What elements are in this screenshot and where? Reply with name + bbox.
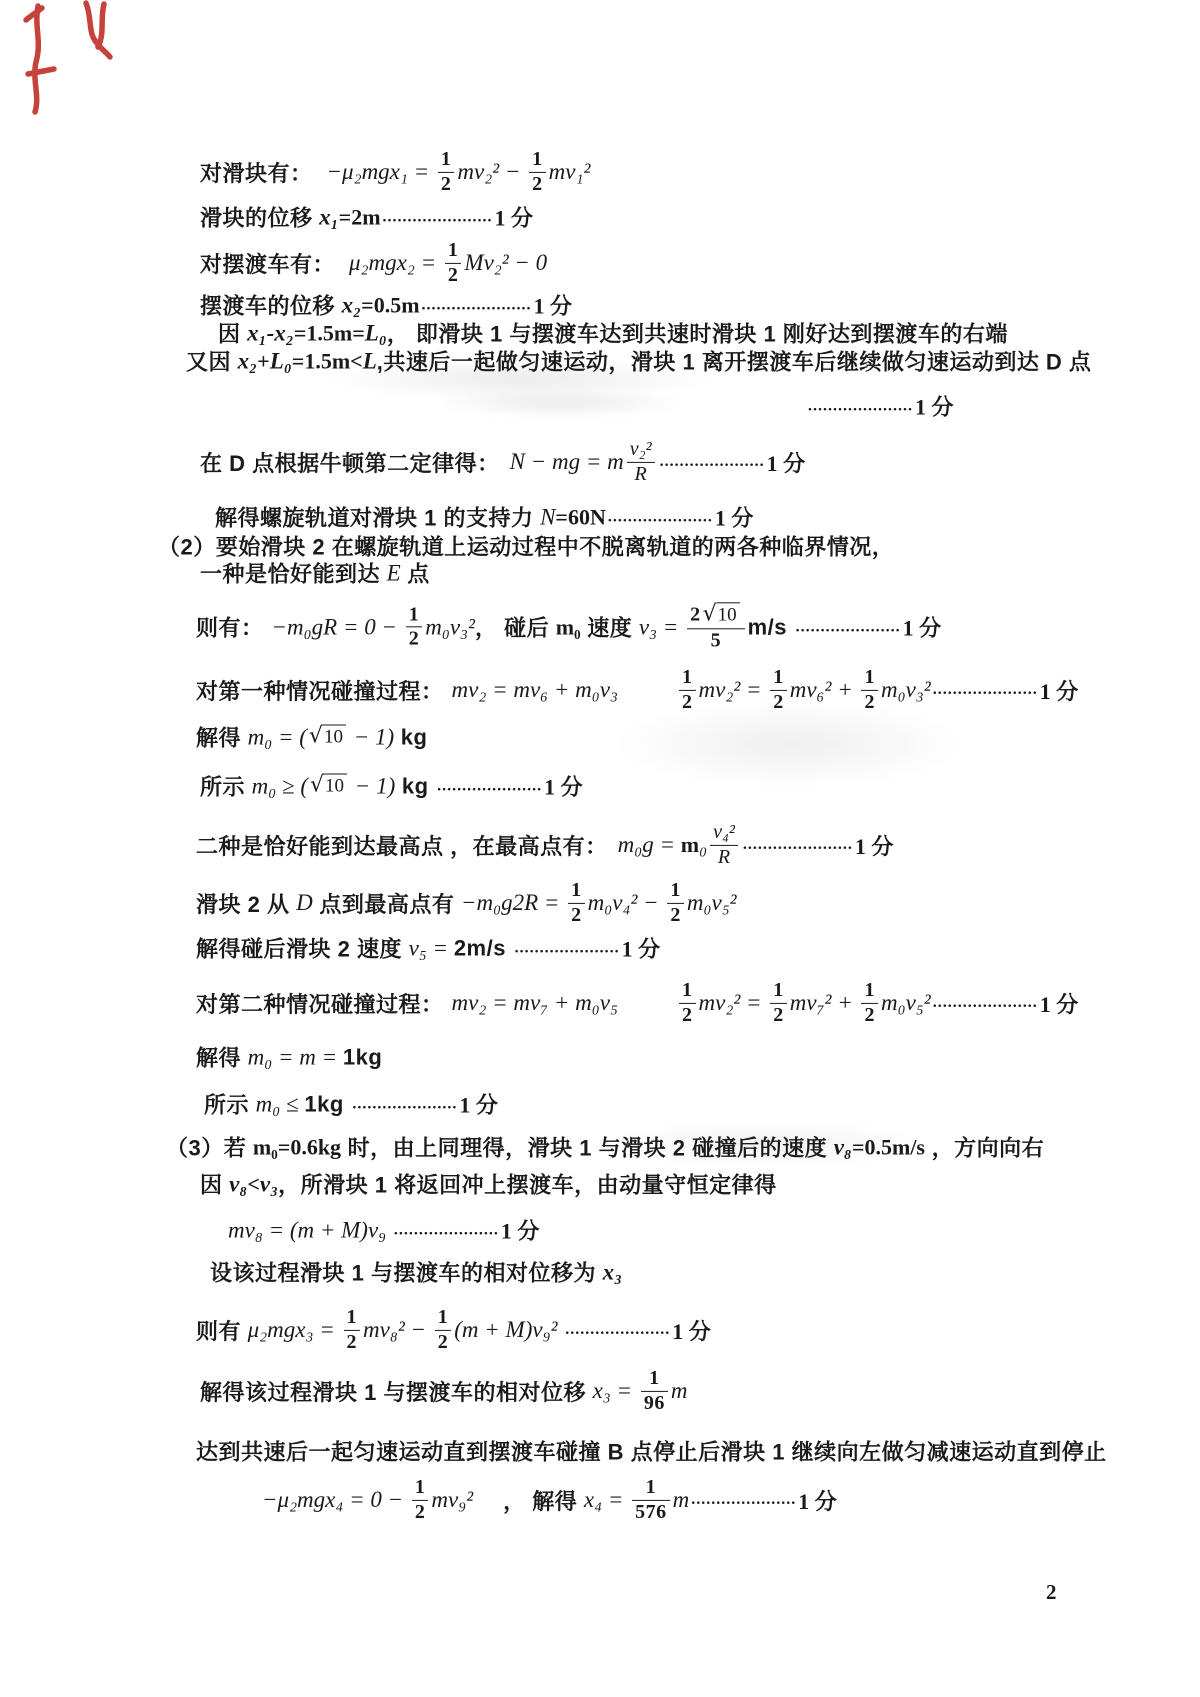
math-text: mv₂ = mv₇ + m₀v₅ (452, 990, 618, 1016)
cjk-text: 所示 (200, 771, 252, 802)
cjk-text: 1 (773, 667, 784, 689)
cjk-text: 1 (438, 1307, 449, 1329)
math-text: E (387, 560, 401, 586)
math-text: μ₂mgx₂ = (349, 250, 442, 276)
bold-italic-text: L (363, 348, 377, 374)
bold-text: 1 分 (715, 502, 754, 533)
bold-text: =0.5m (361, 292, 419, 318)
math-text: N (540, 504, 555, 530)
fraction-numerator: 1 (679, 980, 696, 1002)
cjk-text: 1 (682, 980, 693, 1002)
fraction: 12 (438, 149, 455, 195)
line-ferry-displacement: 摆渡车的位移 x₂=0.5m......................1 分 (200, 290, 572, 321)
cjk-text: （3）若 (166, 1132, 253, 1163)
gap (473, 1500, 503, 1501)
dots-leader: ..................... (437, 777, 542, 795)
bold-text: 1 分 (672, 1315, 711, 1346)
bold-text: 1 分 (501, 1215, 540, 1246)
fraction: 12 (770, 980, 787, 1026)
fraction-denominator: R (715, 847, 733, 869)
radicand: 10 (717, 602, 740, 627)
pen-stroke (28, 69, 54, 74)
bold-italic-text: x₁ (319, 204, 339, 230)
bold-text: 1 分 (767, 447, 806, 478)
cjk-text: 则有 (196, 1315, 248, 1346)
line-x4-result: −μ₂mgx₄ = 0 − 12mv₉²， 解得 x₄ = 1576m.....… (262, 1477, 837, 1523)
bold-text: 1 分 (534, 290, 573, 321)
dots-leader: ..................... (352, 1095, 457, 1113)
math-text: − 1) (348, 724, 394, 750)
fraction-numerator: v₂² (627, 439, 655, 461)
cjk-text: 则有： (196, 611, 264, 642)
fraction-numerator: 1 (445, 240, 462, 262)
math-text: v₃ = (639, 614, 684, 640)
cjk-text: 又因 (186, 346, 238, 377)
cjk-text: 点 (401, 558, 430, 589)
cjk-text: 2 (682, 692, 693, 714)
cjk-text: 解得碰后滑块 2 速度 (196, 933, 409, 964)
line-x3-result: 解得该过程滑块 1 与摆渡车的相对位移 x₃ = 196m (200, 1368, 687, 1414)
cjk-text: 滑块的位移 (200, 202, 319, 233)
cjk-text: 1 (646, 1477, 657, 1499)
math-text: m₀g = (618, 832, 681, 858)
bold-text: 1 分 (544, 771, 583, 802)
dots-leader: ..................... (796, 618, 901, 636)
dots-leader: ..................... (394, 1221, 499, 1239)
cjk-text: 摆渡车的位移 (200, 290, 342, 321)
cjk-text: 因 (200, 1169, 229, 1200)
line-case2-top: 二种是恰好能到达最高点 ，在最高点有：m₀g = m₀v₄²R.........… (196, 822, 893, 868)
fraction-denominator: 2 (568, 905, 585, 927)
fraction: 12 (861, 980, 878, 1026)
radical: √10 (309, 725, 346, 750)
math-text: m₀v₃² (881, 677, 931, 703)
fraction: 12 (679, 667, 696, 713)
math-text: m (671, 1378, 688, 1404)
cjk-text: 2 (670, 905, 681, 927)
line-solve-m0-case2: 解得 m₀ = m = 1kg (196, 1042, 382, 1073)
cjk-text: 1 (864, 980, 875, 1002)
fraction: 12 (679, 980, 696, 1026)
fraction-numerator: 1 (770, 667, 787, 689)
line-newton-at-D: 在 D 点根据牛顿第二定律得：N − mg = mv₂²R...........… (200, 439, 805, 485)
cjk-text: 所示 (204, 1089, 256, 1120)
fraction: 12 (667, 880, 684, 926)
cjk-text: 时，由上同理得，滑块 1 与滑块 2 碰撞后的速度 (341, 1132, 834, 1163)
line-so-m0-case2: 所示 m₀ ≤ 1kg .....................1 分 (204, 1089, 498, 1120)
cjk-text: 576 (635, 1502, 667, 1524)
scan-smudge (610, 700, 970, 788)
math-text: (m + M)v₉² (454, 1317, 563, 1343)
cjk-text: 2 (438, 1332, 449, 1354)
bold-text: + (257, 348, 270, 374)
fraction-denominator: R (632, 464, 650, 486)
bold-italic-text: v₈ (229, 1171, 247, 1197)
line-score-only: .....................1 分 (806, 391, 954, 422)
dots-leader: ..................... (808, 397, 913, 415)
math-text: mv₇² + (790, 990, 859, 1016)
fraction-denominator: 2 (770, 692, 787, 714)
bold-text: 1 分 (459, 1089, 498, 1120)
bold-italic-text: v₃ (260, 1171, 278, 1197)
cjk-text: 因 (218, 318, 247, 349)
radical-sign: √ (309, 725, 323, 748)
cjk-text: 1kg (343, 1044, 382, 1070)
cjk-text: 2 (448, 265, 459, 287)
cjk-text: 2 (682, 1005, 693, 1027)
fraction: v₂²R (627, 439, 655, 485)
bold-text: 1 分 (798, 1485, 837, 1516)
math-text: −μ₂mgx₁ = (327, 159, 435, 185)
bold-italic-text: L₀ (270, 348, 292, 374)
cjk-text: 2 (773, 1005, 784, 1027)
cjk-text: 1 (773, 980, 784, 1002)
bold-italic-text: x₁-x₂ (247, 320, 294, 346)
gap (618, 690, 676, 691)
fraction-numerator: 1 (770, 980, 787, 1002)
cjk-text: 二种是恰好能到达最高点 ，在最高点有： (196, 830, 608, 861)
line-x3-equation: 则有 μ₂mgx₃ = 12mv₈² − 12(m + M)v₉² ......… (196, 1307, 711, 1353)
cjk-text: 1 (532, 149, 543, 171)
bold-text: 1 分 (1040, 675, 1079, 706)
fraction-numerator: 1 (412, 1477, 429, 1499)
cjk-text: 解得该过程滑块 1 与摆渡车的相对位移 (200, 1376, 593, 1407)
fraction-numerator: 1 (438, 149, 455, 171)
math-text: Mv₂² − 0 (464, 250, 547, 276)
cjk-text: 1 (864, 667, 875, 689)
page-number: 2 (1046, 1580, 1057, 1605)
cjk-text: 1 (441, 149, 452, 171)
line-solve-m0-case1: 解得 m₀ = (√10 − 1) kg (196, 722, 427, 753)
cjk-text: ， 解得 (503, 1485, 584, 1516)
cjk-text: 解得 (196, 1042, 248, 1073)
dots-leader: ..................... (691, 1491, 796, 1509)
cjk-text: ,共速后一起做匀速运动，滑块 1 离开摆渡车后继续做匀速运动到达 D 点 (377, 346, 1092, 377)
cjk-text: ，方向向右 (925, 1132, 1044, 1163)
fraction: 12 (529, 149, 546, 195)
bold-text: 1 分 (622, 933, 661, 964)
answer-sheet: 2 对滑块有：−μ₂mgx₁ = 12mv₂² − 12mv₁²滑块的位移 x₁… (0, 0, 1200, 1697)
cjk-text: 设该过程滑块 1 与摆渡车的相对位移为 (210, 1257, 603, 1288)
gap (264, 626, 272, 627)
fraction-denominator: 2 (861, 692, 878, 714)
bold-text: < (247, 1171, 260, 1197)
cjk-text: m/s (748, 614, 794, 640)
cjk-text: 对滑块有： (200, 157, 313, 188)
cjk-text: 5 (711, 630, 722, 652)
cjk-text: 2 (441, 174, 452, 196)
bold-text: 1 分 (1040, 988, 1079, 1019)
math-text: μ₂mgx₃ = (248, 1317, 341, 1343)
dots-leader: ..................... (565, 1321, 670, 1339)
fraction-denominator: 2 (344, 1332, 361, 1354)
math-text: m₀ = m = (248, 1044, 343, 1070)
bold-text: 1 分 (903, 611, 942, 642)
dots-leader: ...................... (383, 208, 493, 226)
fraction-numerator: 1 (667, 880, 684, 902)
line-D-to-top: 滑块 2 从 D 点到最高点有 −m₀g2R = 12m₀v₄² − 12m₀v… (196, 880, 737, 926)
dots-leader: ..................... (608, 508, 713, 526)
math-text: mv₈² − (363, 1317, 432, 1343)
line-support-force: 解得螺旋轨道对滑块 1 的支持力 N=60N..................… (215, 502, 753, 533)
math-text: mv₁² (549, 159, 591, 185)
fraction-denominator: 2 (529, 174, 546, 196)
math-text: x₄ = (584, 1487, 629, 1513)
math-text: v₅ = (409, 935, 454, 961)
fraction-numerator: 1 (529, 149, 546, 171)
math-text: −m₀gR = 0 − (272, 614, 403, 640)
fraction: 1576 (632, 1477, 670, 1523)
fraction-numerator: 1 (406, 604, 423, 626)
line-define-x3: 设该过程滑块 1 与摆渡车的相对位移为 x₃ (210, 1257, 622, 1288)
bold-italic-text: v₈ (834, 1134, 852, 1160)
cjk-text: 对第二种情况碰撞过程： (196, 988, 444, 1019)
fraction-numerator: 1 (435, 1307, 452, 1329)
line-slider-energy: 对滑块有：−μ₂mgx₁ = 12mv₂² − 12mv₁² (200, 149, 590, 195)
dots-leader: ..................... (660, 453, 765, 471)
cjk-text: 2 (571, 905, 582, 927)
fraction-numerator: 2√10 (687, 602, 745, 627)
fraction-numerator: 1 (568, 880, 585, 902)
fraction-denominator: 2 (679, 1005, 696, 1027)
line-collision-case2: 对第二种情况碰撞过程：mv₂ = mv₇ + m₀v₅12mv₂² = 12mv… (196, 980, 1078, 1026)
radical-sign: √ (703, 602, 717, 625)
bold-text: =1.5m= (294, 320, 365, 346)
math-text: mv₂² = (699, 990, 768, 1016)
line-ferry-energy: 对摆渡车有：μ₂mgx₂ = 12Mv₂² − 0 (200, 240, 547, 286)
dots-leader: ...................... (743, 836, 853, 854)
dots-leader: ...................... (422, 296, 532, 314)
math-text: D (296, 890, 313, 916)
math-text: R (718, 847, 730, 869)
math-text: mv₂² = (699, 677, 768, 703)
math-text: m₀v₅² (881, 990, 931, 1016)
fraction-denominator: 2 (406, 628, 423, 650)
pen-stroke (98, 4, 104, 47)
fraction-denominator: 2 (435, 1332, 452, 1354)
cjk-text: 1kg (304, 1091, 350, 1117)
cjk-text: 2 (773, 692, 784, 714)
line-v8-less-v3: 因 v₈<v₃，所滑块 1 将返回冲上摆渡车，由动量守恒定律得 (200, 1169, 777, 1200)
cjk-text: 96 (644, 1393, 665, 1415)
bold-text: 1 分 (915, 391, 954, 422)
cjk-text: 2 (415, 1502, 426, 1524)
fraction-numerator: 1 (861, 667, 878, 689)
radicand: 10 (323, 725, 346, 750)
fraction-numerator: 1 (679, 667, 696, 689)
math-text: m₀ ≥ ( (252, 773, 308, 799)
line-because-1: 因 x₁-x₂=1.5m=L₀， 即滑块 1 与摆渡车达到共速时滑块 1 刚好达… (218, 318, 1008, 349)
fraction-denominator: 2 (445, 265, 462, 287)
bold-text: m₀=0.6kg (253, 1134, 341, 1160)
cjk-text: 2 (690, 604, 701, 626)
fraction: 12 (435, 1307, 452, 1353)
bold-text: =2m (339, 204, 381, 230)
cjk-text: 1 (347, 1307, 358, 1329)
cjk-text: ， 碰后 (475, 611, 556, 642)
cjk-text: kg (395, 773, 435, 799)
line-collision-case1: 对第一种情况碰撞过程：mv₂ = mv₆ + m₀v₃12mv₂² = 12mv… (196, 667, 1078, 713)
math-text: m₀ ≤ (256, 1091, 305, 1117)
fraction: 12 (344, 1307, 361, 1353)
math-text: mv₆² + (790, 677, 859, 703)
math-text: x₃ = (593, 1378, 638, 1404)
cjk-text: 1 (649, 1368, 660, 1390)
fraction-denominator: 5 (708, 630, 725, 652)
fraction-denominator: 2 (679, 692, 696, 714)
fraction: 12 (770, 667, 787, 713)
radical-sign: √ (310, 774, 324, 797)
cjk-text: 2 (864, 692, 875, 714)
math-text: R (635, 464, 647, 486)
red-pen-marks (6, 0, 136, 126)
math-text: m₀v₄² − (588, 890, 665, 916)
bold-text: m (681, 832, 699, 858)
bold-text: m₀ (556, 614, 581, 640)
bold-text: =60N (555, 504, 605, 530)
cjk-text: 解得螺旋轨道对滑块 1 的支持力 (215, 502, 540, 533)
fraction-denominator: 96 (641, 1393, 668, 1415)
cjk-text: 一种是恰好能到达 (200, 558, 387, 589)
gap (618, 1003, 676, 1004)
cjk-text: 对第一种情况碰撞过程： (196, 675, 444, 706)
fraction-numerator: 1 (643, 1477, 660, 1499)
fraction-denominator: 2 (667, 905, 684, 927)
line-common-speed: 达到共速后一起匀速运动直到摆渡车碰撞 B 点停止后滑块 1 继续向左做匀减速运动… (196, 1436, 1107, 1467)
line-case1-equation: 则有：−m₀gR = 0 − 12m₀v₃²， 碰后 m₀ 速度 v₃ = 2√… (196, 602, 941, 651)
fraction-denominator: 2 (412, 1502, 429, 1524)
math-text: m₀v₃² (425, 614, 475, 640)
math-text: m (673, 1487, 690, 1513)
bold-text: =1.5m< (292, 348, 363, 374)
cjk-text: kg (394, 724, 427, 750)
math-text: −m₀g2R = (461, 890, 565, 916)
gap (313, 172, 327, 173)
bold-italic-text: x₃ (603, 1259, 623, 1285)
line-part3-intro: （3）若 m₀=0.6kg 时，由上同理得，滑块 1 与滑块 2 碰撞后的速度 … (166, 1132, 1044, 1163)
cjk-text: 2 (409, 628, 420, 650)
gap (608, 845, 618, 846)
cjk-text: 达到共速后一起匀速运动直到摆渡车碰撞 B 点停止后滑块 1 继续向左做匀减速运动… (196, 1436, 1107, 1467)
bold-italic-text: L₀ (365, 320, 387, 346)
fraction: 12 (568, 880, 585, 926)
fraction: 12 (406, 604, 423, 650)
fraction-denominator: 576 (632, 1502, 670, 1524)
radicand: 10 (324, 774, 347, 799)
gap (444, 690, 452, 691)
cjk-text: 点到最高点有 (313, 888, 461, 919)
cjk-text: 1 (415, 1477, 426, 1499)
cjk-text: 1 (682, 667, 693, 689)
math-text: v₄² (713, 822, 735, 844)
dots-leader: ..................... (933, 681, 1038, 699)
cjk-text: 2m/s (454, 935, 513, 961)
math-text: −μ₂mgx₄ = 0 − (262, 1487, 409, 1513)
fraction-numerator: 1 (646, 1368, 663, 1390)
fraction: 12 (445, 240, 462, 286)
bold-italic-text: x₂ (342, 292, 362, 318)
math-text: mv₂² − (457, 159, 526, 185)
radical: √10 (310, 774, 347, 799)
fraction-denominator: 2 (861, 1005, 878, 1027)
math-text: mv₉² (431, 1487, 473, 1513)
line-v5: 解得碰后滑块 2 速度 v₅ = 2m/s ..................… (196, 933, 660, 964)
line-momentum: mv₈ = (m + M)v₉ .....................1 分 (228, 1215, 539, 1246)
fraction: v₄²R (710, 822, 738, 868)
cjk-text: 2 (532, 174, 543, 196)
fraction: 196 (641, 1368, 668, 1414)
cjk-text: 1 (448, 240, 459, 262)
gap (500, 462, 510, 463)
radical: √10 (703, 602, 740, 627)
fraction: 12 (412, 1477, 429, 1523)
bold-text: =0.5m/s (852, 1134, 925, 1160)
cjk-text: 解得 (196, 722, 248, 753)
fraction: 12 (861, 667, 878, 713)
gap (335, 263, 349, 264)
fraction-numerator: v₄² (710, 822, 738, 844)
fraction-denominator: 2 (770, 1005, 787, 1027)
fraction-numerator: 1 (344, 1307, 361, 1329)
pen-stroke (35, 6, 38, 112)
cjk-text: 2 (347, 1332, 358, 1354)
cjk-text: 1 (670, 880, 681, 902)
bold-text: 1 分 (855, 830, 894, 861)
math-text: m₀ = ( (248, 724, 307, 750)
line-case1-intro: 一种是恰好能到达 E 点 (200, 558, 430, 589)
line-slider-displacement: 滑块的位移 x₁=2m......................1 分 (200, 202, 533, 233)
bold-text: 1 分 (495, 202, 534, 233)
math-text: mv₂ = mv₆ + m₀v₃ (452, 677, 618, 703)
math-text: v₂² (630, 439, 652, 461)
cjk-text: 滑块 2 从 (196, 888, 296, 919)
fraction: 2√105 (687, 602, 745, 651)
math-text: − 1) (349, 773, 395, 799)
line-so-m0-case1: 所示 m₀ ≥ (√10 − 1) kg ...................… (200, 771, 583, 802)
cjk-text: 在 D 点根据牛顿第二定律得： (200, 447, 500, 478)
math-text: m₀v₅² (687, 890, 737, 916)
cjk-text: ， 即滑块 1 与摆渡车达到共速时滑块 1 刚好达到摆渡车的右端 (387, 318, 1008, 349)
math-text: N − mg = m (510, 449, 624, 475)
math-text: mv₈ = (m + M)v₉ (228, 1217, 392, 1243)
math-text: ₀ (699, 832, 707, 858)
cjk-text: 1 (571, 880, 582, 902)
cjk-text: 1 (409, 604, 420, 626)
fraction-denominator: 2 (438, 174, 455, 196)
fraction-numerator: 1 (861, 980, 878, 1002)
scan-smudge (430, 388, 690, 418)
cjk-text: 速度 (581, 611, 639, 642)
cjk-text: 2 (864, 1005, 875, 1027)
gap (444, 1003, 452, 1004)
dots-leader: ..................... (515, 939, 620, 957)
dots-leader: ..................... (933, 994, 1038, 1012)
cjk-text: ，所滑块 1 将返回冲上摆渡车，由动量守恒定律得 (278, 1169, 776, 1200)
bold-italic-text: x₂ (238, 348, 258, 374)
cjk-text: 对摆渡车有： (200, 248, 335, 279)
line-because-2: 又因 x₂+L₀=1.5m<L,共速后一起做匀速运动，滑块 1 离开摆渡车后继续… (186, 346, 1091, 377)
